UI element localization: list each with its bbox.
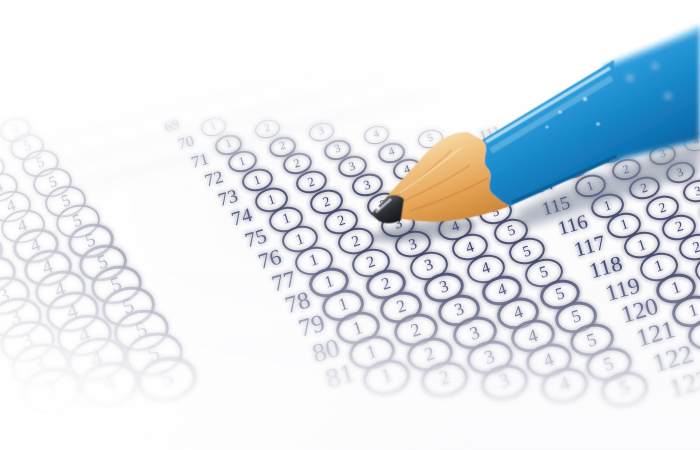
- pencil-graphite-tip: [371, 195, 404, 223]
- pencil-barrel-far: [604, 26, 700, 162]
- scantron-photo: 3456912345111123453457012345112123453457…: [0, 0, 700, 450]
- blue-pencil: [0, 0, 700, 450]
